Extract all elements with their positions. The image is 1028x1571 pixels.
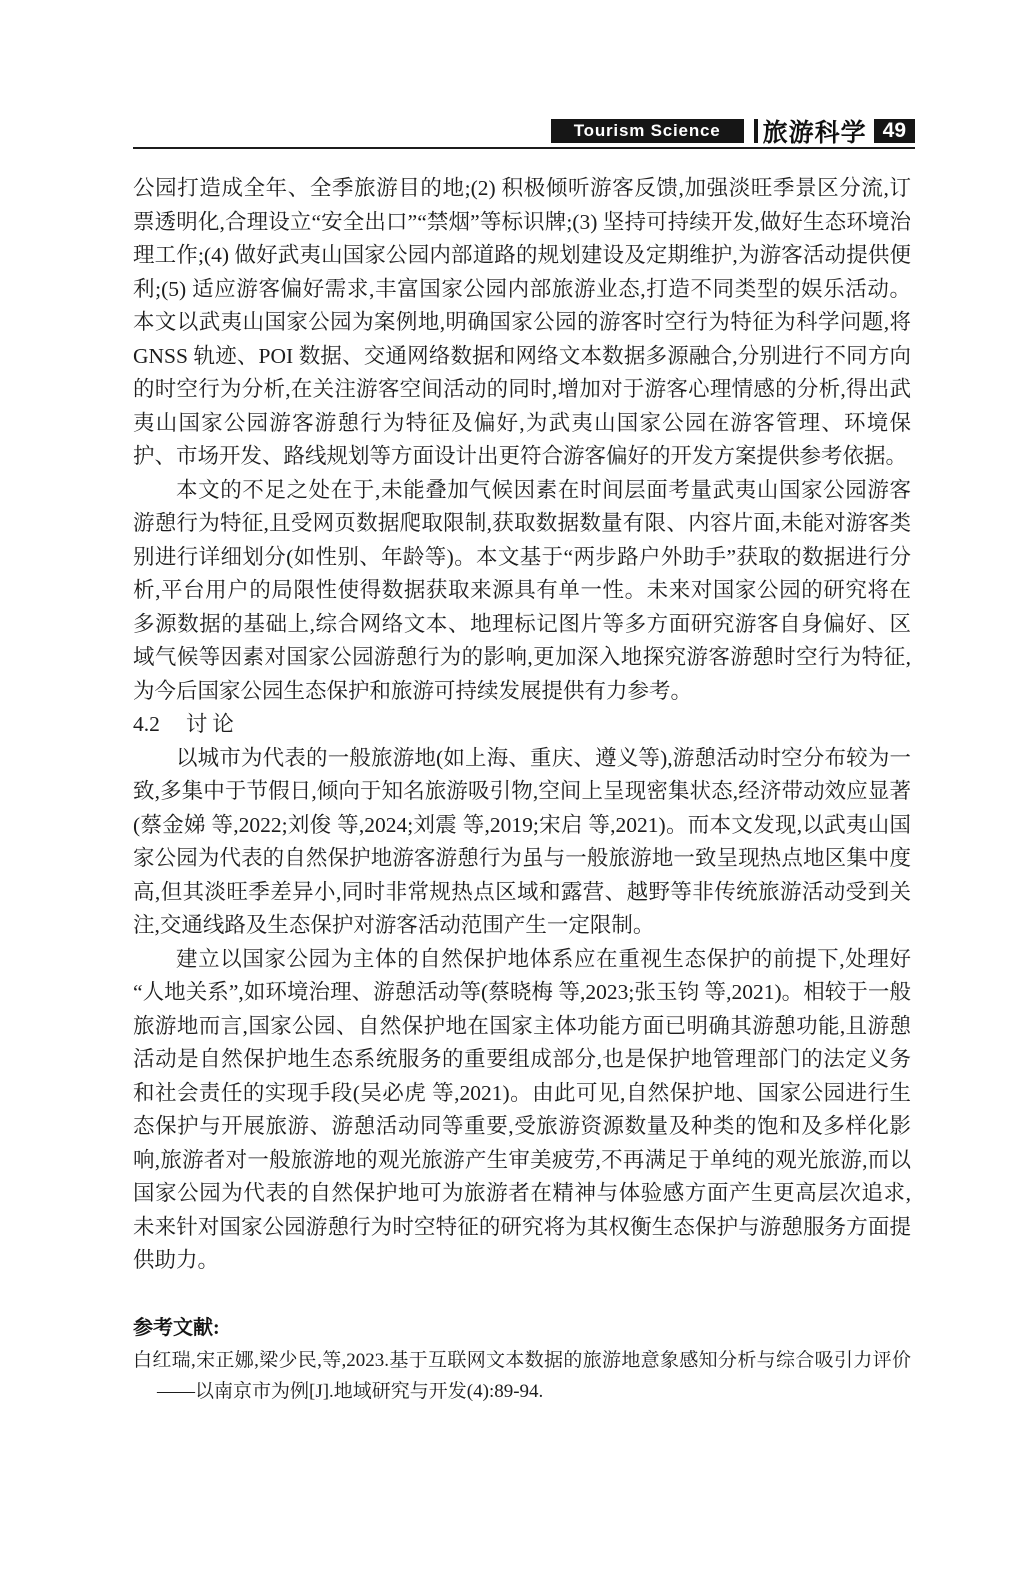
- page-number-box: 49: [874, 119, 915, 143]
- paragraph-discussion-1: 以城市为代表的一般旅游地(如上海、重庆、遵义等),游憩活动时空分布较为一致,多集…: [133, 742, 911, 943]
- section-title: 讨论: [186, 712, 239, 736]
- article-body: 公园打造成全年、全季旅游目的地;(2) 积极倾听游客反馈,加强淡旺季景区分流,订…: [133, 172, 911, 1407]
- journal-title-en: Tourism Science: [574, 121, 721, 141]
- journal-page: Tourism Science 旅游科学 49 公园打造成全年、全季旅游目的地;…: [0, 0, 1028, 1571]
- header-rule: [133, 147, 915, 149]
- header-gap: [744, 119, 754, 143]
- section-heading-discussion: 4.2讨论: [133, 708, 911, 742]
- references-section: 参考文献: 白红瑞,宋正娜,梁少民,等,2023.基于互联网文本数据的旅游地意象…: [133, 1312, 911, 1407]
- paragraph-limitations: 本文的不足之处在于,未能叠加气候因素在时间层面考量武夷山国家公园游客游憩行为特征…: [133, 474, 911, 709]
- paragraph-discussion-2: 建立以国家公园为主体的自然保护地体系应在重视生态保护的前提下,处理好“人地关系”…: [133, 943, 911, 1278]
- journal-title-en-box: Tourism Science: [551, 119, 744, 143]
- paragraph-continuation: 公园打造成全年、全季旅游目的地;(2) 积极倾听游客反馈,加强淡旺季景区分流,订…: [133, 172, 911, 474]
- page-number: 49: [883, 119, 906, 143]
- journal-title-zh: 旅游科学: [758, 119, 874, 143]
- section-number: 4.2: [133, 712, 160, 736]
- references-heading: 参考文献:: [133, 1312, 911, 1345]
- reference-item: 白红瑞,宋正娜,梁少民,等,2023.基于互联网文本数据的旅游地意象感知分析与综…: [133, 1345, 911, 1407]
- running-head: Tourism Science 旅游科学 49: [133, 119, 915, 143]
